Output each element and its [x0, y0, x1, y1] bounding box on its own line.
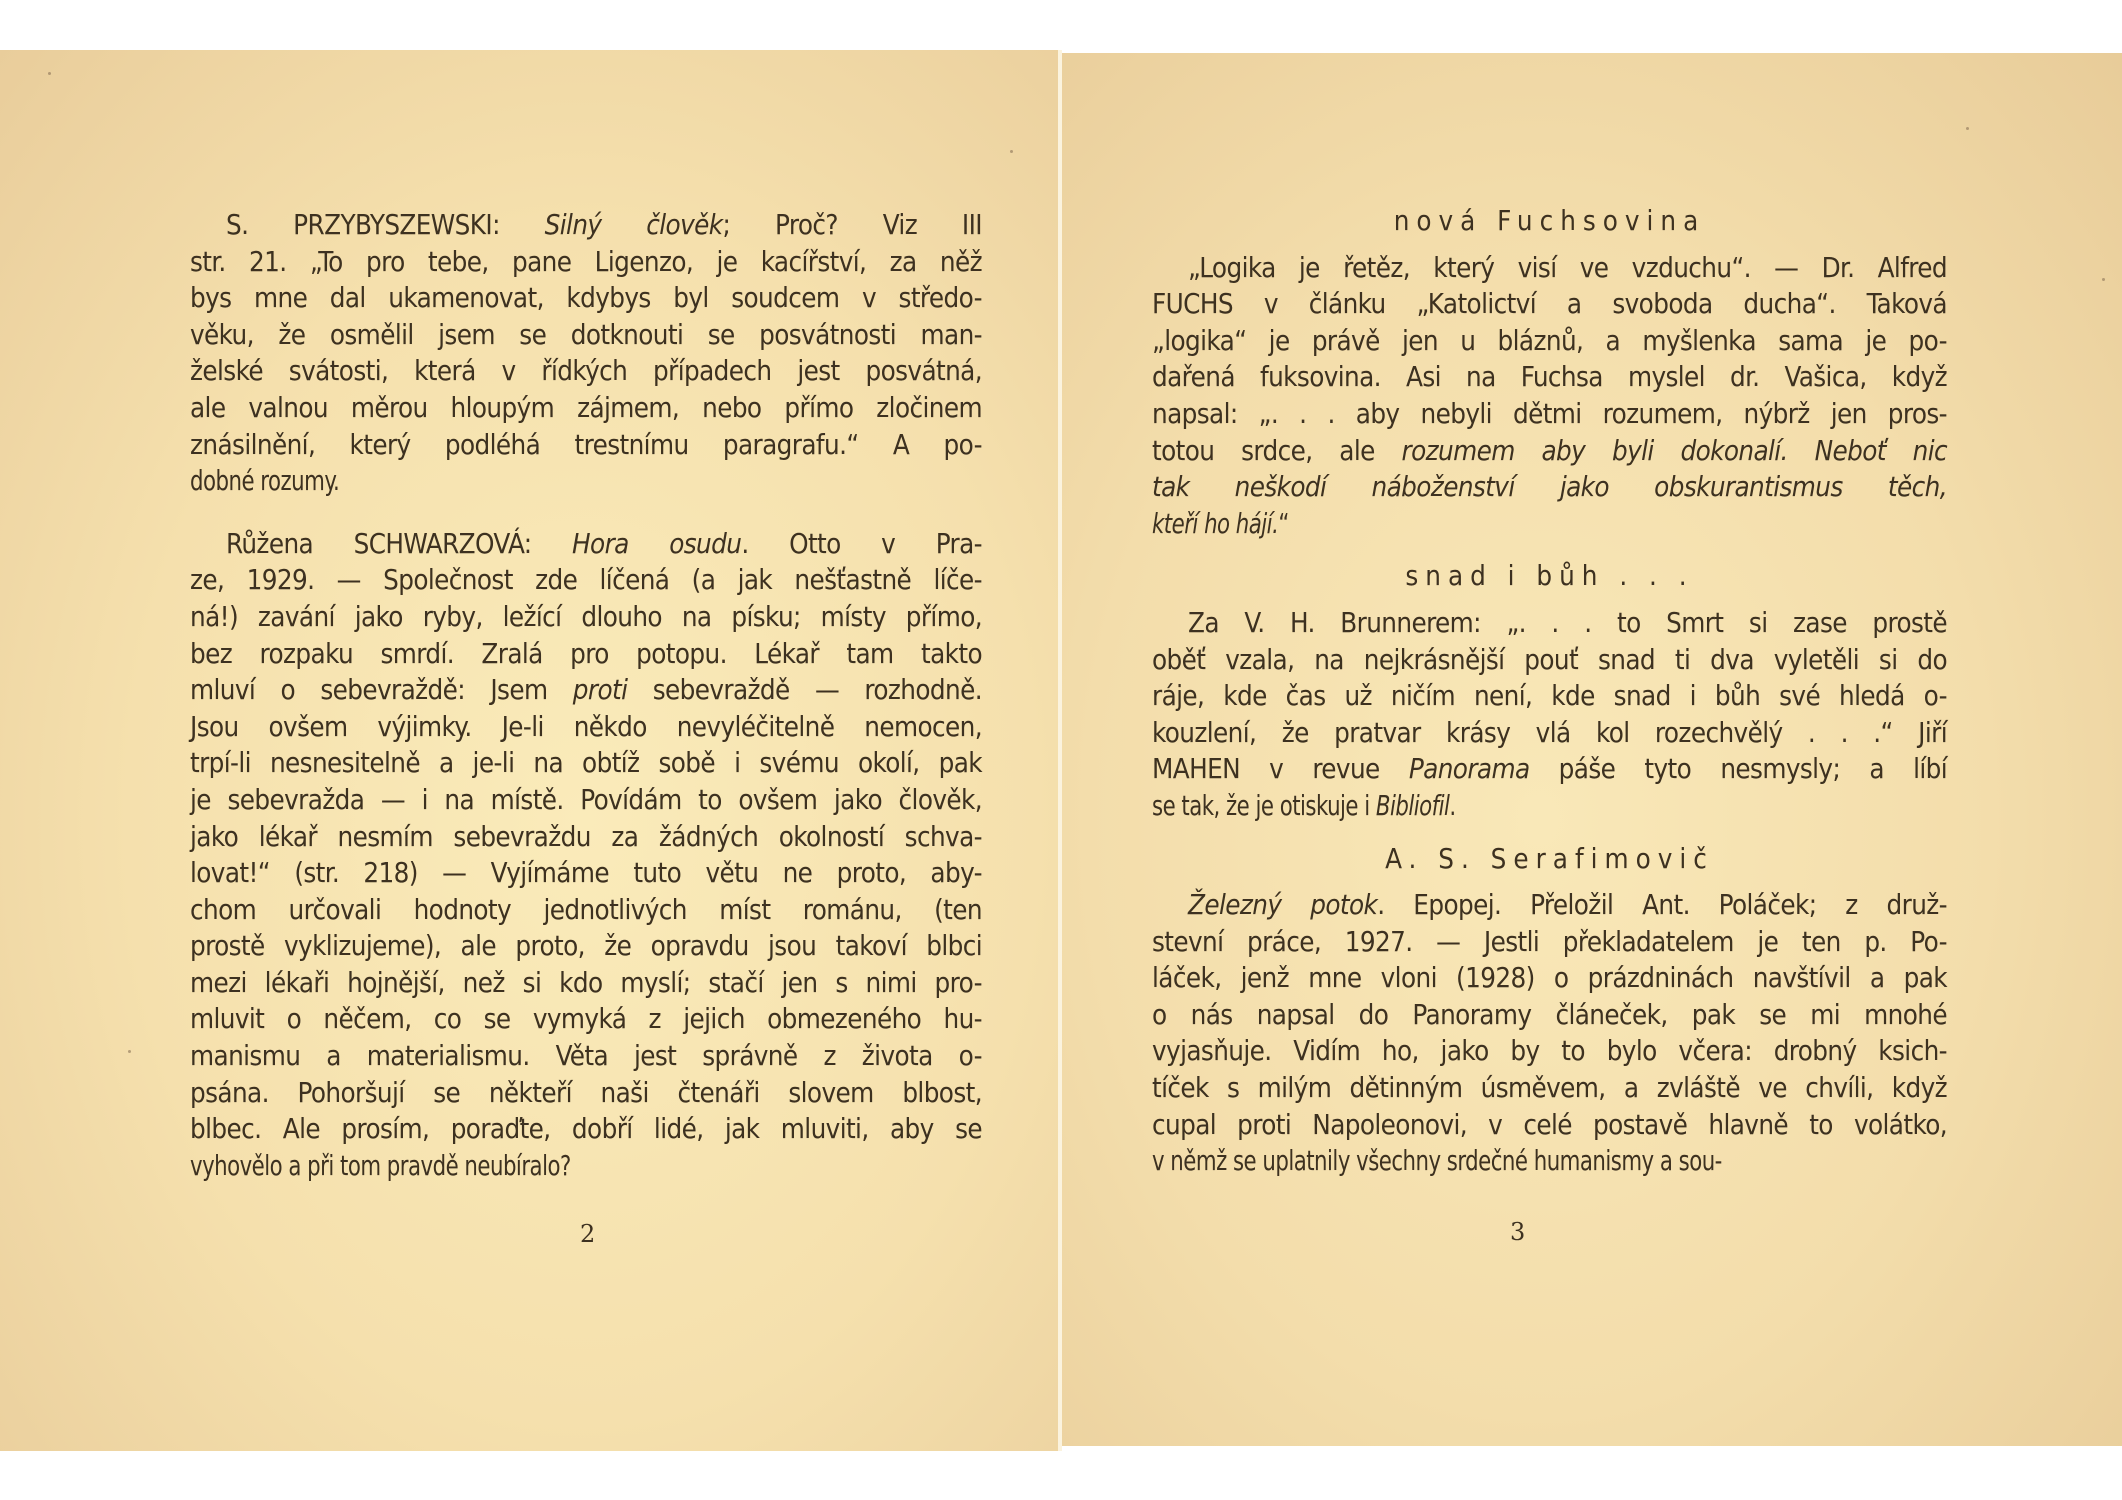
left-page: S. PRZYBYSZEWSKI: Silný člověk; Proč? Vi…: [0, 50, 1060, 1451]
section-body: Železný potok. Epopej. Přeložil Ant. Pol…: [1152, 887, 1947, 1180]
text-line: o nás napsal do Panoramy článeček, pak s…: [1152, 997, 1947, 1034]
italic-text: Bibliofil: [1376, 790, 1450, 822]
review-paragraph-schwarzova: Růžena SCHWARZOVÁ: Hora osudu. Otto v Pr…: [190, 526, 982, 1185]
text-line: se tak, že je otiskuje i Bibliofil.: [1152, 788, 1836, 825]
text-line: Železný potok. Epopej. Přeložil Ant. Pol…: [1152, 887, 1947, 924]
right-page-text: nová Fuchsovina„Logika je řetěz, který v…: [1152, 203, 1947, 1180]
paper-speck: [48, 72, 51, 75]
italic-text: Železný potok: [1188, 889, 1377, 921]
text-run: věku, že osmělil jsem se dotknouti se po…: [190, 319, 982, 351]
text-run: prostě vyklizujeme), ale proto, že oprav…: [190, 930, 982, 962]
text-run: dařená fuksovina. Asi na Fuchsa myslel d…: [1152, 361, 1947, 393]
text-run: v němž se uplatnily všechny srdečné huma…: [1152, 1145, 1722, 1177]
section-heading: nová Fuchsovina: [1152, 203, 1947, 240]
text-run: psána. Pohoršují se někteří naši čtenáři…: [190, 1077, 982, 1109]
text-line: trpí-li nesnesitelně a je-li na obtíž so…: [190, 745, 982, 782]
text-run: jako lékař nesmím sebevraždu za žádných …: [190, 821, 982, 853]
text-line: lovat!“ (str. 218) — Vyjímáme tuto větu …: [190, 855, 982, 892]
text-line: str. 21. „To pro tebe, pane Ligenzo, je …: [190, 244, 982, 281]
heading-gap: [1152, 595, 1947, 605]
text-line: želské svátosti, která v řídkých případe…: [190, 353, 982, 390]
text-run: ze, 1929. — Společnost zde líčená (a jak…: [190, 564, 982, 596]
text-line: bez rozpaku smrdí. Zralá pro potopu. Lék…: [190, 636, 982, 673]
text-run: vyjasňuje. Vidím ho, jako by to bylo vče…: [1152, 1035, 1947, 1067]
text-run: . Otto v Pra-: [741, 528, 982, 560]
text-run: mezi lékaři hojnější, než si kdo myslí; …: [190, 967, 982, 999]
text-line: „Logika je řetěz, který visí ve vzduchu“…: [1152, 250, 1947, 287]
text-run: .: [1449, 790, 1455, 822]
text-line: psána. Pohoršují se někteří naši čtenáři…: [190, 1075, 982, 1112]
text-line: „logika“ je právě jen u bláznů, a myšlen…: [1152, 323, 1947, 360]
text-line: Za V. H. Brunnerem: „. . . to Smrt si za…: [1152, 605, 1947, 642]
italic-text: Hora osudu: [572, 528, 741, 560]
paper-speck: [2102, 278, 2105, 281]
text-line: ráje, kde čas už ničím není, kde snad i …: [1152, 678, 1947, 715]
text-run: manismu a materialismu. Věta jest správn…: [190, 1040, 982, 1072]
text-line: vyhovělo a při tom pravdě neubíralo?: [190, 1148, 871, 1185]
text-run: mluvit o něčem, co se vymyká z jejich ob…: [190, 1003, 982, 1035]
page-number-right: 3: [1510, 1218, 1525, 1246]
text-run: Jsou ovšem výjimky. Je-li někdo nevyléči…: [190, 711, 982, 743]
text-line: tíček s milým dětinným úsměvem, a zvlášt…: [1152, 1070, 1947, 1107]
italic-text: tak neškodí náboženství jako obskurantis…: [1152, 471, 1947, 503]
text-line: manismu a materialismu. Věta jest správn…: [190, 1038, 982, 1075]
text-line: mluví o sebevraždě: Jsem proti sebevražd…: [190, 672, 982, 709]
section-gap: [1152, 825, 1947, 841]
text-run: chom určovali hodnoty jednotlivých míst …: [190, 894, 982, 926]
text-run: S. PRZYBYSZEWSKI:: [226, 209, 545, 241]
text-run: trpí-li nesnesitelně a je-li na obtíž so…: [190, 747, 982, 779]
text-line: oběť vzala, na nejkrásnější pouť snad ti…: [1152, 642, 1947, 679]
text-run: tíček s milým dětinným úsměvem, a zvlášt…: [1152, 1072, 1947, 1104]
text-run: vyhovělo a při tom pravdě neubíralo?: [190, 1150, 571, 1182]
text-run: totou srdce, ale: [1152, 435, 1402, 467]
paper-speck: [128, 1050, 131, 1053]
text-run: bys mne dal ukamenovat, kdybys byl soudc…: [190, 282, 982, 314]
text-line: dobné rozumy.: [190, 463, 871, 500]
paper-speck: [1010, 150, 1013, 153]
text-run: Růžena SCHWARZOVÁ:: [226, 528, 572, 560]
section-body: Za V. H. Brunnerem: „. . . to Smrt si za…: [1152, 605, 1947, 825]
text-run: mluví o sebevraždě: Jsem: [190, 674, 573, 706]
text-line: znásilnění, který podléhá trestnímu para…: [190, 427, 982, 464]
text-line: je sebevražda — i na místě. Povídám to o…: [190, 782, 982, 819]
text-run: ráje, kde čas už ničím není, kde snad i …: [1152, 680, 1947, 712]
text-line: kouzlení, že pratvar krásy vlá kol rozec…: [1152, 715, 1947, 752]
left-page-text: S. PRZYBYSZEWSKI: Silný člověk; Proč? Vi…: [190, 207, 982, 1184]
text-run: stevní práce, 1927. — Jestli překladatel…: [1152, 926, 1947, 958]
text-line: mluvit o něčem, co se vymyká z jejich ob…: [190, 1001, 982, 1038]
text-line: dařená fuksovina. Asi na Fuchsa myslel d…: [1152, 359, 1947, 396]
text-run: ; Proč? Viz III: [722, 209, 982, 241]
text-line: ze, 1929. — Společnost zde líčená (a jak…: [190, 562, 982, 599]
text-line: Jsou ovšem výjimky. Je-li někdo nevyléči…: [190, 709, 982, 746]
text-run: str. 21. „To pro tebe, pane Ligenzo, je …: [190, 246, 982, 278]
section-heading: snad i bůh . . .: [1152, 558, 1947, 595]
text-run: ale valnou měrou hloupým zájmem, nebo př…: [190, 392, 982, 424]
text-run: . Epopej. Přeložil Ant. Poláček; z druž-: [1377, 889, 1947, 921]
text-line: v němž se uplatnily všechny srdečné huma…: [1152, 1143, 1836, 1180]
text-line: ale valnou měrou hloupým zájmem, nebo př…: [190, 390, 982, 427]
text-line: FUCHS v článku „Katolictví a svoboda duc…: [1152, 286, 1947, 323]
text-run: páše tyto nesmysly; a líbí: [1530, 753, 1947, 785]
italic-text: Silný člověk: [545, 209, 723, 241]
text-run: blbec. Ale prosím, poraďte, dobří lidé, …: [190, 1113, 982, 1145]
text-run: “: [1278, 508, 1289, 540]
text-line: mezi lékaři hojnější, než si kdo myslí; …: [190, 965, 982, 1002]
text-line: MAHEN v revue Panorama páše tyto nesmysl…: [1152, 751, 1947, 788]
heading-gap: [1152, 240, 1947, 250]
italic-text: proti: [573, 674, 628, 706]
text-run: se tak, že je otiskuje i: [1152, 790, 1376, 822]
section-body: „Logika je řetěz, který visí ve vzduchu“…: [1152, 250, 1947, 543]
text-run: lovat!“ (str. 218) — Vyjímáme tuto větu …: [190, 857, 982, 889]
text-line: prostě vyklizujeme), ale proto, že oprav…: [190, 928, 982, 965]
text-run: dobné rozumy.: [190, 465, 339, 497]
text-line: napsal: „. . . aby nebyli dětmi rozumem,…: [1152, 396, 1947, 433]
italic-text: Panorama: [1409, 753, 1530, 785]
text-line: vyjasňuje. Vidím ho, jako by to bylo vče…: [1152, 1033, 1947, 1070]
page-number-left: 2: [580, 1220, 595, 1248]
heading-gap: [1152, 877, 1947, 887]
text-run: MAHEN v revue: [1152, 753, 1409, 785]
paragraph-gap: [190, 500, 982, 526]
text-run: napsal: „. . . aby nebyli dětmi rozumem,…: [1152, 398, 1947, 430]
text-run: kouzlení, že pratvar krásy vlá kol rozec…: [1152, 717, 1947, 749]
text-run: želské svátosti, která v řídkých případe…: [190, 355, 982, 387]
text-line: věku, že osmělil jsem se dotknouti se po…: [190, 317, 982, 354]
text-line: tak neškodí náboženství jako obskurantis…: [1152, 469, 1947, 506]
paper-speck: [1966, 127, 1969, 130]
review-paragraph-przybyszewski: S. PRZYBYSZEWSKI: Silný člověk; Proč? Vi…: [190, 207, 982, 500]
text-line: ná!) zavání jako ryby, ležící dlouho na …: [190, 599, 982, 636]
text-line: Růžena SCHWARZOVÁ: Hora osudu. Otto v Pr…: [190, 526, 982, 563]
italic-text: rozumem aby byli dokonalí. Neboť nic: [1402, 435, 1947, 467]
text-line: blbec. Ale prosím, poraďte, dobří lidé, …: [190, 1111, 982, 1148]
text-run: sebevraždě — rozhodně.: [627, 674, 982, 706]
text-line: S. PRZYBYSZEWSKI: Silný člověk; Proč? Vi…: [190, 207, 982, 244]
text-line: cupal proti Napoleonovi, v celé postavě …: [1152, 1107, 1947, 1144]
text-line: bys mne dal ukamenovat, kdybys byl soudc…: [190, 280, 982, 317]
section-heading: A. S. Serafimovič: [1152, 841, 1947, 878]
section-gap: [1152, 542, 1947, 558]
text-run: je sebevražda — i na místě. Povídám to o…: [190, 784, 982, 816]
text-line: kteří ho hájí.“: [1152, 506, 1836, 543]
text-line: jako lékař nesmím sebevraždu za žádných …: [190, 819, 982, 856]
text-line: stevní práce, 1927. — Jestli překladatel…: [1152, 924, 1947, 961]
text-run: Za V. H. Brunnerem: „. . . to Smrt si za…: [1188, 607, 1947, 639]
right-page: nová Fuchsovina„Logika je řetěz, který v…: [1062, 53, 2122, 1446]
text-run: FUCHS v článku „Katolictví a svoboda duc…: [1152, 288, 1947, 320]
text-run: láček, jenž mne vloni (1928) o prázdniná…: [1152, 962, 1947, 994]
text-line: totou srdce, ale rozumem aby byli dokona…: [1152, 433, 1947, 470]
text-run: oběť vzala, na nejkrásnější pouť snad ti…: [1152, 644, 1947, 676]
text-run: cupal proti Napoleonovi, v celé postavě …: [1152, 1109, 1947, 1141]
text-run: ná!) zavání jako ryby, ležící dlouho na …: [190, 601, 982, 633]
text-run: „logika“ je právě jen u bláznů, a myšlen…: [1152, 325, 1947, 357]
italic-text: kteří ho hájí.: [1152, 508, 1278, 540]
text-line: chom určovali hodnoty jednotlivých míst …: [190, 892, 982, 929]
text-run: bez rozpaku smrdí. Zralá pro potopu. Lék…: [190, 638, 982, 670]
text-run: „Logika je řetěz, který visí ve vzduchu“…: [1188, 252, 1947, 284]
text-line: láček, jenž mne vloni (1928) o prázdniná…: [1152, 960, 1947, 997]
text-run: znásilnění, který podléhá trestnímu para…: [190, 429, 982, 461]
text-run: o nás napsal do Panoramy článeček, pak s…: [1152, 999, 1947, 1031]
